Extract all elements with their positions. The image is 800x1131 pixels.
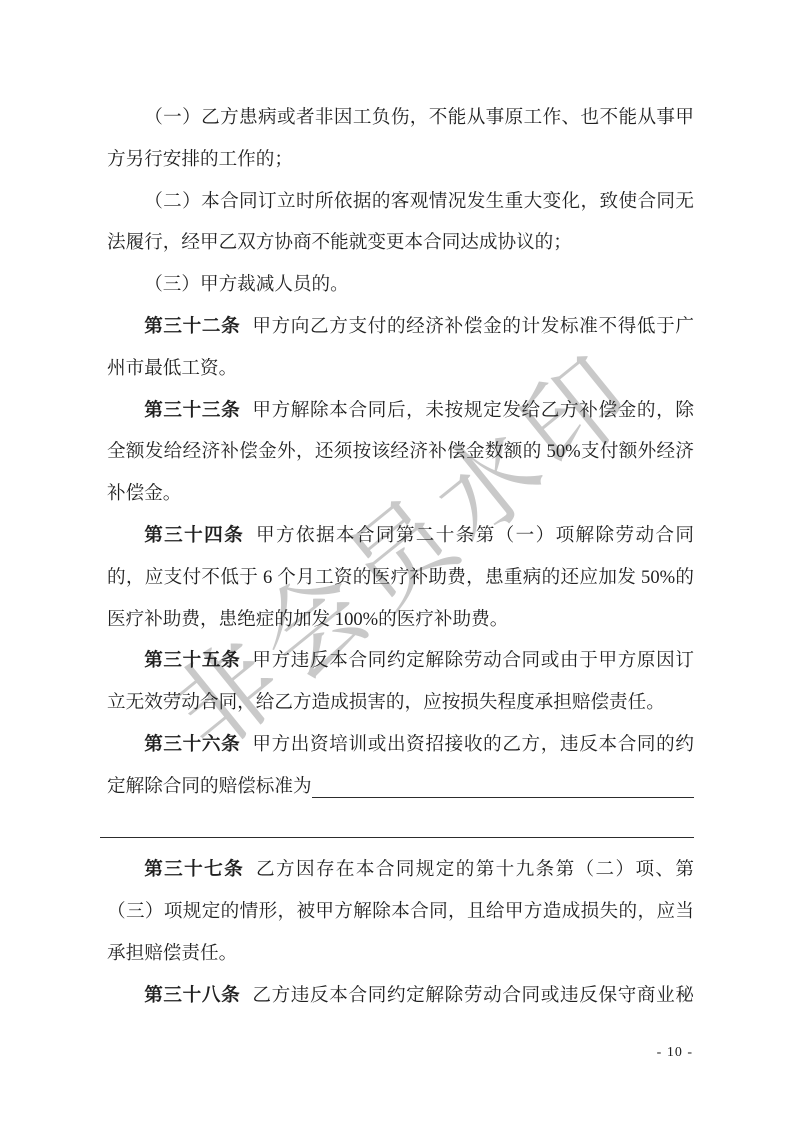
clause-text: 乙方违反本合同约定解除劳动合同或违反保守商业秘 — [252, 985, 694, 1006]
clause-text: 法履行，经甲乙双方协商不能就变更本合同达成协议的； — [107, 232, 572, 253]
clause-line: 承担赔偿责任。 — [107, 933, 694, 975]
fill-in-underline — [312, 766, 694, 798]
clause-line: 的，应支付不低于 6 个月工资的医疗补助费，患重病的还应加发 50%的 — [107, 557, 694, 599]
clause-text: 定解除合同的赔偿标准为 — [107, 766, 312, 808]
clause-text: 医疗补助费，患绝症的加发 100%的医疗补助费。 — [107, 609, 508, 630]
clause-text: （一）乙方患病或者非因工负伤，不能从事原工作、也不能从事甲 — [144, 107, 694, 128]
clause-line: 第三十五条甲方违反本合同约定解除劳动合同或由于甲方原因订 — [107, 640, 694, 682]
clause-line: （一）乙方患病或者非因工负伤，不能从事原工作、也不能从事甲 — [107, 97, 694, 139]
blank-underline — [100, 837, 694, 838]
article-33: 第三十三条甲方解除本合同后，未按规定发给乙方补偿金的，除全额发给经济补偿金外，还… — [107, 390, 694, 515]
clause-line: 法履行，经甲乙双方协商不能就变更本合同达成协议的； — [107, 222, 694, 264]
clause-text: 乙方因存在本合同规定的第十九条第（二）项、第 — [256, 859, 694, 880]
clause-line: （二）本合同订立时所依据的客观情况发生重大变化，致使合同无 — [107, 181, 694, 223]
article-38: 第三十八条乙方违反本合同约定解除劳动合同或违反保守商业秘 — [107, 975, 694, 1017]
clause-text: 全额发给经济补偿金外，还须按该经济补偿金数额的 50%支付额外经济 — [107, 441, 694, 462]
clause-line: 全额发给经济补偿金外，还须按该经济补偿金数额的 50%支付额外经济 — [107, 431, 694, 473]
clause-line: 医疗补助费，患绝症的加发 100%的医疗补助费。 — [107, 599, 694, 641]
clause-line: 州市最低工资。 — [107, 348, 694, 390]
page-number: - 10 - — [657, 1045, 693, 1061]
clause-text: 甲方违反本合同约定解除劳动合同或由于甲方原因订 — [252, 650, 694, 671]
item-1: （一）乙方患病或者非因工负伤，不能从事原工作、也不能从事甲方另行安排的工作的； — [107, 97, 694, 181]
clause-line: 第三十八条乙方违反本合同约定解除劳动合同或违反保守商业秘 — [107, 975, 694, 1017]
clause-number: 第三十七条 — [144, 859, 244, 880]
item-3: （三）甲方裁减人员的。 — [107, 264, 694, 306]
clause-text: 州市最低工资。 — [107, 358, 237, 379]
clause-line: 第三十三条甲方解除本合同后，未按规定发给乙方补偿金的，除 — [107, 390, 694, 432]
clause-text: 甲方向乙方支付的经济补偿金的计发标准不得低于广 — [252, 316, 694, 337]
clause-line: 第三十二条甲方向乙方支付的经济补偿金的计发标准不得低于广 — [107, 306, 694, 348]
clause-number: 第三十二条 — [144, 316, 240, 337]
clause-line: 方另行安排的工作的； — [107, 139, 694, 181]
clause-number: 第三十三条 — [144, 400, 240, 421]
clause-text: 承担赔偿责任。 — [107, 943, 237, 964]
clause-line: 立无效劳动合同，给乙方造成损害的，应按损失程度承担赔偿责任。 — [107, 682, 694, 724]
blank-underline-row — [107, 808, 694, 850]
clause-line: 补偿金。 — [107, 473, 694, 515]
clause-text: 甲方解除本合同后，未按规定发给乙方补偿金的，除 — [252, 400, 694, 421]
clause-number: 第三十六条 — [144, 734, 240, 755]
clause-line: 第三十四条甲方依据本合同第二十条第（一）项解除劳动合同 — [107, 515, 694, 557]
clause-number: 第三十五条 — [144, 650, 240, 671]
clause-line: 定解除合同的赔偿标准为 — [107, 766, 694, 808]
article-35: 第三十五条甲方违反本合同约定解除劳动合同或由于甲方原因订立无效劳动合同，给乙方造… — [107, 640, 694, 724]
clause-line: 第三十六条甲方出资培训或出资招接收的乙方，违反本合同的约 — [107, 724, 694, 766]
clause-line: （三）甲方裁减人员的。 — [107, 264, 694, 306]
clause-text: （二）本合同订立时所依据的客观情况发生重大变化，致使合同无 — [144, 191, 694, 212]
clause-text: 甲方依据本合同第二十条第（一）项解除劳动合同 — [256, 525, 694, 546]
article-37: 第三十七条乙方因存在本合同规定的第十九条第（二）项、第（三）项规定的情形，被甲方… — [107, 849, 694, 974]
document-page: 非会员水印 （一）乙方患病或者非因工负伤，不能从事原工作、也不能从事甲方另行安排… — [0, 0, 800, 1131]
article-32: 第三十二条甲方向乙方支付的经济补偿金的计发标准不得低于广州市最低工资。 — [107, 306, 694, 390]
clause-text: 立无效劳动合同，给乙方造成损害的，应按损失程度承担赔偿责任。 — [107, 692, 665, 713]
clause-text: 方另行安排的工作的； — [107, 149, 293, 170]
clause-text: 甲方出资培训或出资招接收的乙方，违反本合同的约 — [252, 734, 694, 755]
clause-text: 的，应支付不低于 6 个月工资的医疗补助费，患重病的还应加发 50%的 — [107, 567, 694, 588]
item-2: （二）本合同订立时所依据的客观情况发生重大变化，致使合同无法履行，经甲乙双方协商… — [107, 181, 694, 265]
clause-text: （三）甲方裁减人员的。 — [144, 274, 349, 295]
clause-line: 第三十七条乙方因存在本合同规定的第十九条第（二）项、第 — [107, 849, 694, 891]
clause-number: 第三十八条 — [144, 985, 240, 1006]
clause-text: （三）项规定的情形，被甲方解除本合同，且给甲方造成损失的，应当 — [107, 901, 694, 922]
clause-line: （三）项规定的情形，被甲方解除本合同，且给甲方造成损失的，应当 — [107, 891, 694, 933]
clause-number: 第三十四条 — [144, 525, 244, 546]
clause-text: 补偿金。 — [107, 483, 181, 504]
document-body: （一）乙方患病或者非因工负伤，不能从事原工作、也不能从事甲方另行安排的工作的；（… — [107, 97, 694, 1017]
article-36: 第三十六条甲方出资培训或出资招接收的乙方，违反本合同的约定解除合同的赔偿标准为 — [107, 724, 694, 808]
article-34: 第三十四条甲方依据本合同第二十条第（一）项解除劳动合同的，应支付不低于 6 个月… — [107, 515, 694, 640]
